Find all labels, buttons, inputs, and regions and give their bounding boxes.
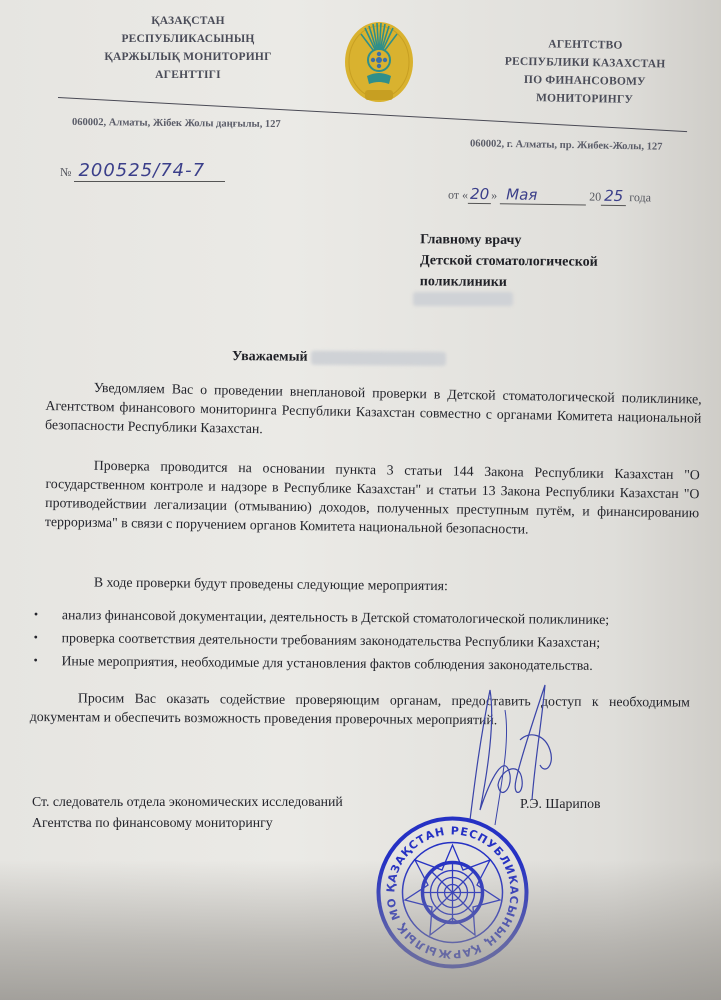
state-emblem-icon — [343, 18, 415, 110]
handwritten-signature-icon — [450, 680, 590, 830]
activities-list: анализ финансовой документации, деятельн… — [31, 603, 712, 678]
letterhead-kazakh-line: АГЕНТТІГІ — [88, 66, 288, 84]
greeting: Уважаемый — [232, 349, 446, 367]
letterhead-kazakh-line: ҚАЗАҚСТАН — [88, 12, 288, 30]
date-prefix: от « — [448, 188, 468, 202]
letterhead-russian-line: ПО ФИНАНСОВОМУ — [500, 71, 670, 92]
addressee-block: Главному врачу Детской стоматологической… — [420, 229, 598, 294]
addressee-line: Детской стоматологической — [420, 250, 598, 273]
addressee-line: Главному врачу — [420, 229, 598, 252]
registration-number: № 200525/74-7 — [60, 160, 225, 181]
address-russian: 060002, г. Алматы, пр. Жибек-Жолы, 127 — [470, 138, 663, 152]
letter-page: ҚАЗАҚСТАН РЕСПУБЛИКАСЫНЫҢ ҚАРЖЫЛЫҚ МОНИТ… — [0, 0, 721, 1000]
paragraph-activities-intro: В ходе проверки будут проведены следующи… — [46, 572, 700, 598]
signer-position: Ст. следователь отдела экономических исс… — [32, 791, 343, 833]
official-stamp-icon: ҚАЗАҚСТАН РЕСПУБЛИКАСЫНЫҢ ҚАРЖЫЛЫҚ МОНИТ… — [375, 815, 530, 970]
number-sign: № — [60, 165, 71, 179]
letterhead-kazakh: ҚАЗАҚСТАН РЕСПУБЛИКАСЫНЫҢ ҚАРЖЫЛЫҚ МОНИТ… — [88, 12, 288, 84]
signer-position-line: Ст. следователь отдела экономических исс… — [32, 791, 343, 812]
paragraph-notification: Уведомляем Вас о проведении внеплановой … — [45, 377, 702, 447]
letterhead-kazakh-line: ҚАРЖЫЛЫҚ МОНИТОРИНГ — [88, 48, 288, 66]
handwritten-number: 200525/74-7 — [74, 160, 225, 182]
addressee-line: поликлиники — [420, 271, 598, 294]
date-mid: » — [491, 188, 497, 202]
date-month: Мая — [500, 185, 586, 205]
list-item: Иные мероприятия, необходимые для устано… — [31, 649, 711, 678]
photo-shadow — [0, 860, 721, 1000]
greeting-word: Уважаемый — [232, 349, 308, 365]
letterhead-russian-line: МОНИТОРИНГУ — [499, 89, 669, 110]
date-suffix: года — [629, 190, 651, 204]
paragraph-legal-basis: Проверка проводится на основании пункта … — [45, 455, 700, 541]
paragraph-request: Просим Вас оказать содействие проверяющи… — [30, 688, 690, 731]
letter-date: от «20» Мая 2025 года — [448, 185, 651, 207]
address-kazakh: 060002, Алматы, Жібек Жолы даңғылы, 127 — [72, 117, 281, 130]
date-year-suffix: 25 — [601, 187, 626, 206]
date-year-prefix: 20 — [589, 190, 601, 204]
letterhead-kazakh-line: РЕСПУБЛИКАСЫНЫҢ — [88, 30, 288, 48]
letterhead-russian: АГЕНТСТВО РЕСПУБЛИКИ КАЗАХСТАН ПО ФИНАНС… — [499, 35, 670, 110]
redacted-addressee-name — [413, 292, 513, 306]
date-day: 20 — [468, 185, 491, 204]
signer-position-line: Агентства по финансовому мониторингу — [32, 812, 343, 833]
redacted-recipient-name — [311, 351, 446, 366]
